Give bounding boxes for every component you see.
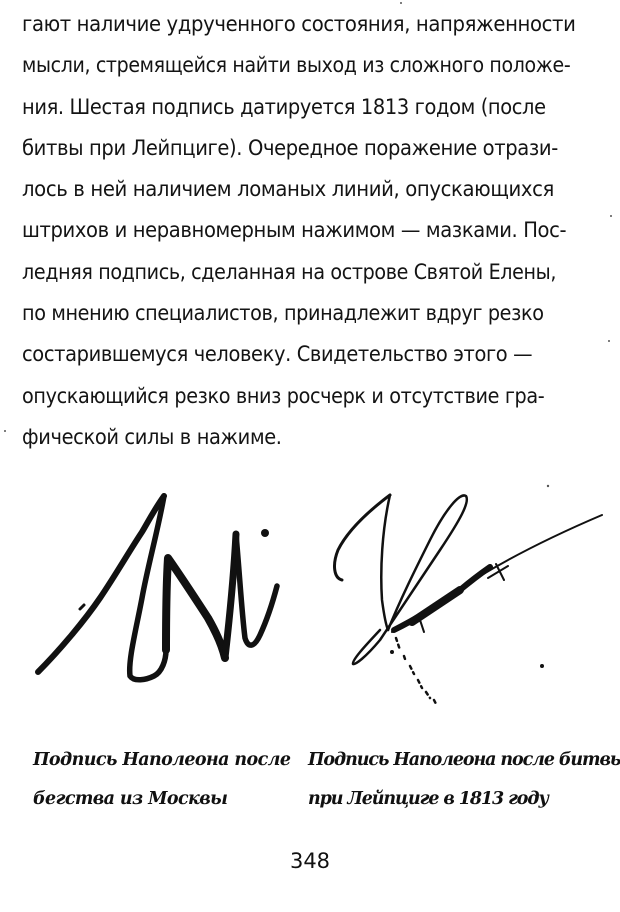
caption-line: Подпись Наполеона после битвы — [308, 741, 620, 780]
text-line: штрихов и неравномерным нажимом — мазкам… — [22, 210, 552, 251]
text-line: опускающийся резко вниз росчерк и отсутс… — [22, 376, 544, 417]
body-paragraph: гают наличие удрученного состояния, напр… — [22, 4, 592, 458]
scan-speck — [610, 215, 612, 217]
text-line: мысли, стремящейся найти выход из сложно… — [22, 45, 538, 86]
text-line: лось в ней наличием ломаных линий, опуск… — [22, 169, 555, 210]
scan-speck — [400, 2, 402, 4]
caption-line: Подпись Наполеона после — [33, 741, 290, 780]
scan-speck — [4, 430, 6, 432]
text-line: ния. Шестая подпись датируется 1813 годо… — [22, 87, 549, 128]
figure-caption-right: Подпись Наполеона после битвы при Лейпци… — [308, 741, 620, 819]
signature-after-moscow-image — [30, 480, 290, 700]
text-line: битвы при Лейпциге). Очередное поражение… — [22, 128, 552, 169]
figure-caption-left: Подпись Наполеона после бегства из Москв… — [33, 741, 290, 819]
text-line: фической силы в нажиме. — [22, 417, 549, 458]
caption-line: при Лейпциге в 1813 году — [308, 780, 620, 819]
page-number: 348 — [0, 849, 620, 873]
scan-speck — [608, 340, 610, 342]
text-line: по мнению специалистов, принадлежит вдру… — [22, 293, 544, 334]
text-line: ледняя подпись, сделанная на острове Свя… — [22, 252, 541, 293]
book-page: гают наличие удрученного состояния, напр… — [0, 0, 620, 912]
text-line: гают наличие удрученного состояния, напр… — [22, 4, 555, 45]
text-line: состарившемуся человеку. Свидетельство э… — [22, 334, 549, 375]
signature-after-leipzig-image — [320, 480, 610, 710]
caption-line: бегства из Москвы — [33, 780, 290, 819]
